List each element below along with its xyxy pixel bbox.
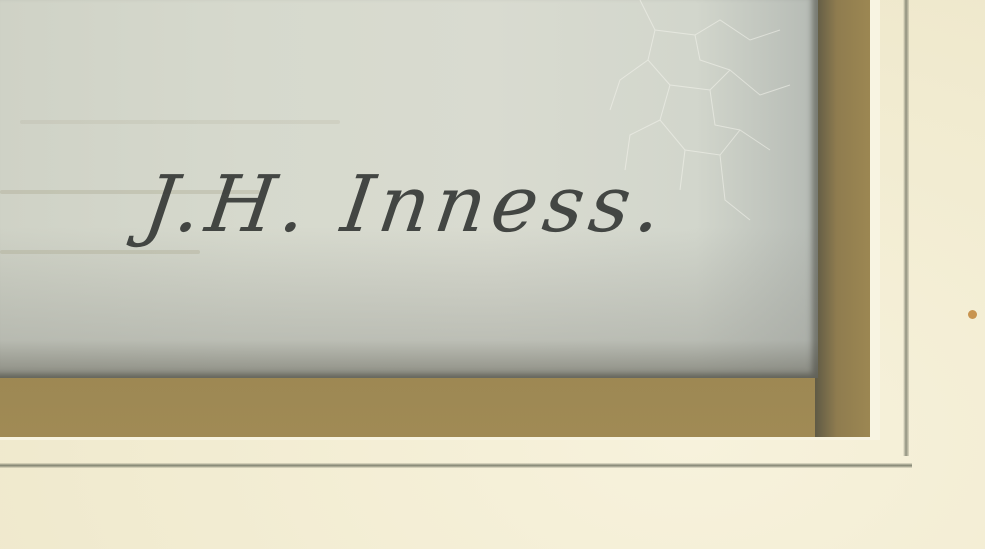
artist-signature: J.H. Inness.	[139, 160, 674, 250]
brush-streak	[0, 250, 200, 254]
ruled-border-line-vertical	[903, 0, 909, 456]
brush-streak	[20, 120, 340, 124]
painted-canvas: J.H. Inness.	[0, 0, 818, 378]
ruled-border-line-horizontal	[0, 463, 912, 468]
foxing-spot	[968, 310, 977, 319]
